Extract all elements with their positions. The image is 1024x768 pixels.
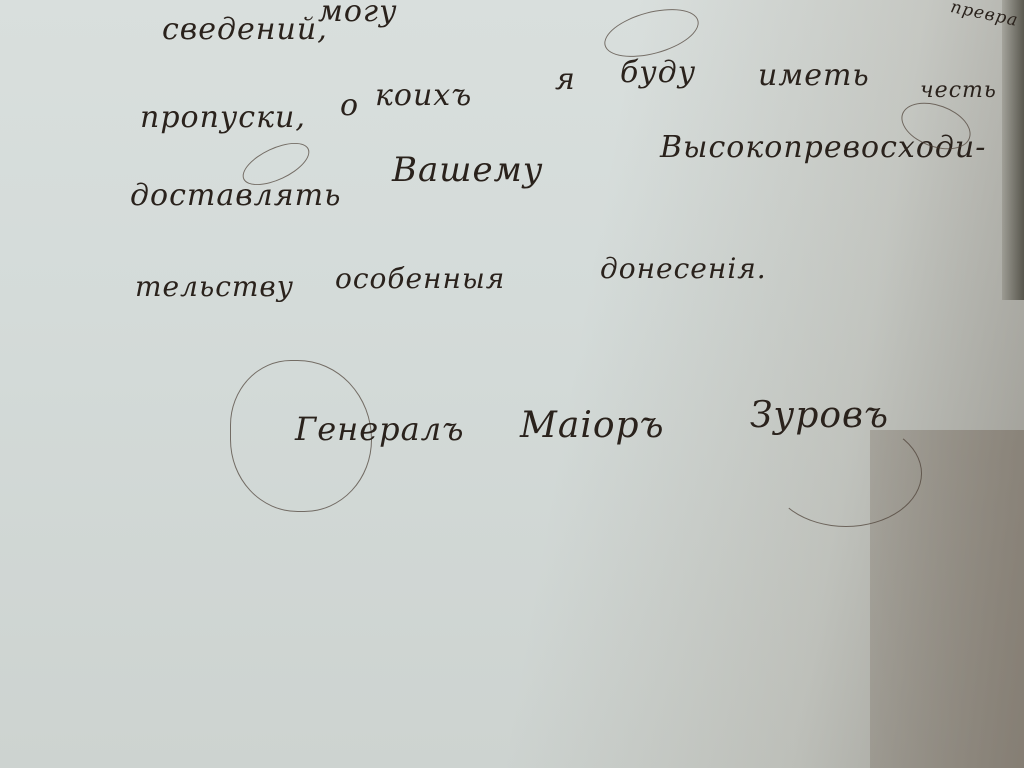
word: сведений, (162, 12, 328, 47)
word: коихъ (375, 78, 472, 113)
word: доставлять (130, 178, 341, 213)
flourish-icon (770, 420, 922, 527)
word: иметь (758, 58, 870, 93)
word: тельству (135, 270, 294, 303)
signature-rank2: Маіоръ (520, 405, 665, 446)
word: особенныя (335, 262, 505, 295)
word: могу (318, 0, 398, 29)
word: о (340, 88, 359, 123)
word: Вашему (392, 150, 544, 190)
signature-name: Зуровъ (750, 395, 889, 436)
word: донесенія. (600, 252, 767, 285)
word: буду (620, 55, 696, 90)
word: пропуски, (140, 100, 306, 135)
binding-shadow (1002, 0, 1024, 300)
word: я (555, 62, 576, 97)
word: честь (920, 78, 997, 103)
signature-rank: Генералъ (295, 410, 464, 448)
